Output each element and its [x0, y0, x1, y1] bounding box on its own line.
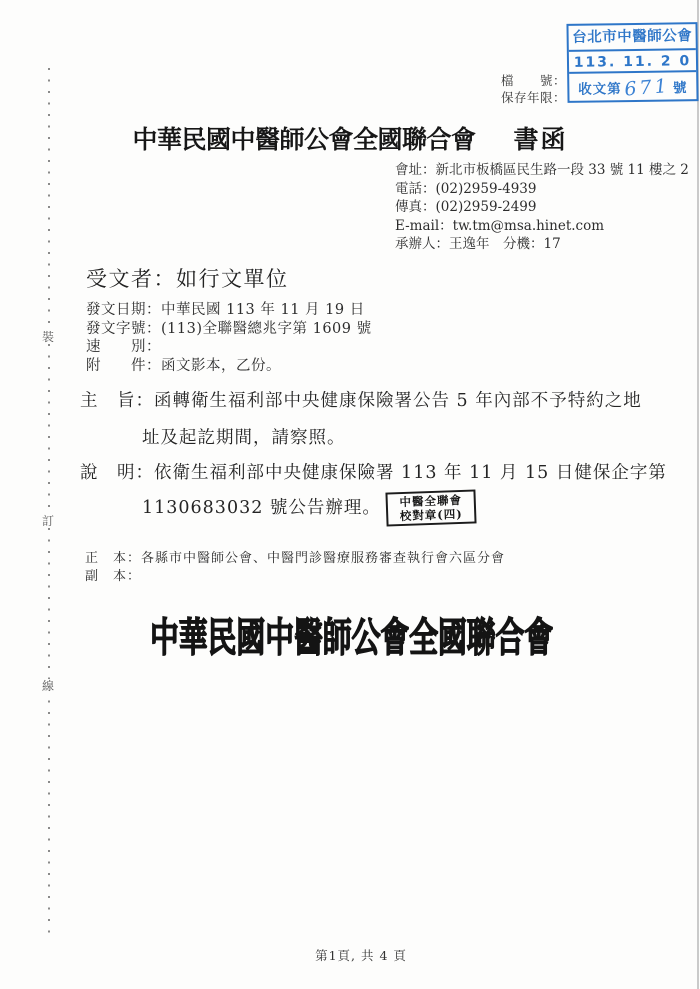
speed-line: 速 別：	[86, 338, 372, 357]
binding-mark-ding: 訂	[40, 514, 56, 528]
cc-copy-line: 副 本：	[85, 568, 505, 586]
contact-block: 會址：新北市板橋區民生路一段 33 號 11 樓之 2 電話：(02)2959-…	[395, 161, 689, 254]
copies-block: 正 本：各縣市中醫師公會、中醫門診醫療服務審查執行會六區分會 副 本：	[85, 550, 505, 585]
retention-period-label: 保存年限：	[420, 89, 566, 106]
description-line-2: 1130683032 號公告辦理。	[142, 494, 381, 519]
attachment-line: 附 件：函文影本，乙份。	[86, 357, 372, 376]
received-stamp-date: 113. 11. 2 0	[569, 48, 696, 72]
contact-handler: 承辦人：王逸年 分機：17	[395, 235, 689, 254]
contact-address: 會址：新北市板橋區民生路一段 33 號 11 樓之 2	[395, 161, 689, 180]
file-number-label: 檔 號：	[420, 72, 566, 89]
contact-fax: 傳真：(02)2959-2499	[395, 198, 689, 217]
recipient-line: 受文者：如行文單位	[86, 263, 289, 293]
contact-phone: 電話：(02)2959-4939	[395, 180, 689, 199]
meta-block: 發文日期：中華民國 113 年 11 月 19 日 發文字號：(113)全聯醫總…	[86, 301, 372, 375]
file-reference-block: 檔 號： 保存年限：	[420, 72, 566, 106]
contact-email: E-mail：tw.tm@msa.hinet.com	[395, 217, 689, 236]
original-copy-line: 正 本：各縣市中醫師公會、中醫門診醫療服務審查執行會六區分會	[85, 550, 505, 568]
binding-mark-zhuang: 裝	[40, 330, 56, 344]
proofread-stamp-line-2: 校對章(四)	[388, 506, 474, 523]
received-stamp-number: 收文第671號	[569, 70, 696, 101]
received-stamp: 台北市中醫師公會 113. 11. 2 0 收文第671號	[566, 22, 698, 103]
document-title: 中華民國中醫師公會全國聯合會書函	[0, 120, 700, 156]
doc-number-line: 發文字號：(113)全聯醫總兆字第 1609 號	[86, 320, 372, 339]
receipt-number-handwritten: 671	[621, 72, 674, 101]
issue-date-line: 發文日期：中華民國 113 年 11 月 19 日	[86, 301, 372, 320]
receipt-suffix: 號	[673, 80, 688, 96]
document-page: 裝 訂 線 檔 號： 保存年限： 台北市中醫師公會 113. 11. 2 0 收…	[0, 0, 700, 989]
page-footer: 第1頁, 共 4 頁	[0, 946, 700, 964]
subject-line-1: 主 旨：函轉衛生福利部中央健康保險署公告 5 年內部不予特約之地	[80, 387, 642, 412]
received-stamp-org: 台北市中醫師公會	[568, 24, 695, 50]
description-line-1: 說 明：依衛生福利部中央健康保險署 113 年 11 月 15 日健保企字第	[80, 459, 667, 484]
binding-margin-dotted-line	[48, 68, 50, 940]
organization-name: 中華民國中醫師公會全國聯合會	[132, 125, 475, 154]
document-type: 書函	[514, 125, 568, 154]
organization-seal-calligraphy: 中華民國中醫師公會全國聯合會	[150, 606, 553, 663]
receipt-prefix: 收文第	[578, 81, 622, 98]
subject-line-2: 址及起訖期間，請察照。	[142, 424, 346, 449]
proofread-stamp: 中醫全聯會 校對章(四)	[385, 489, 476, 526]
binding-mark-xian: 線	[40, 679, 56, 693]
